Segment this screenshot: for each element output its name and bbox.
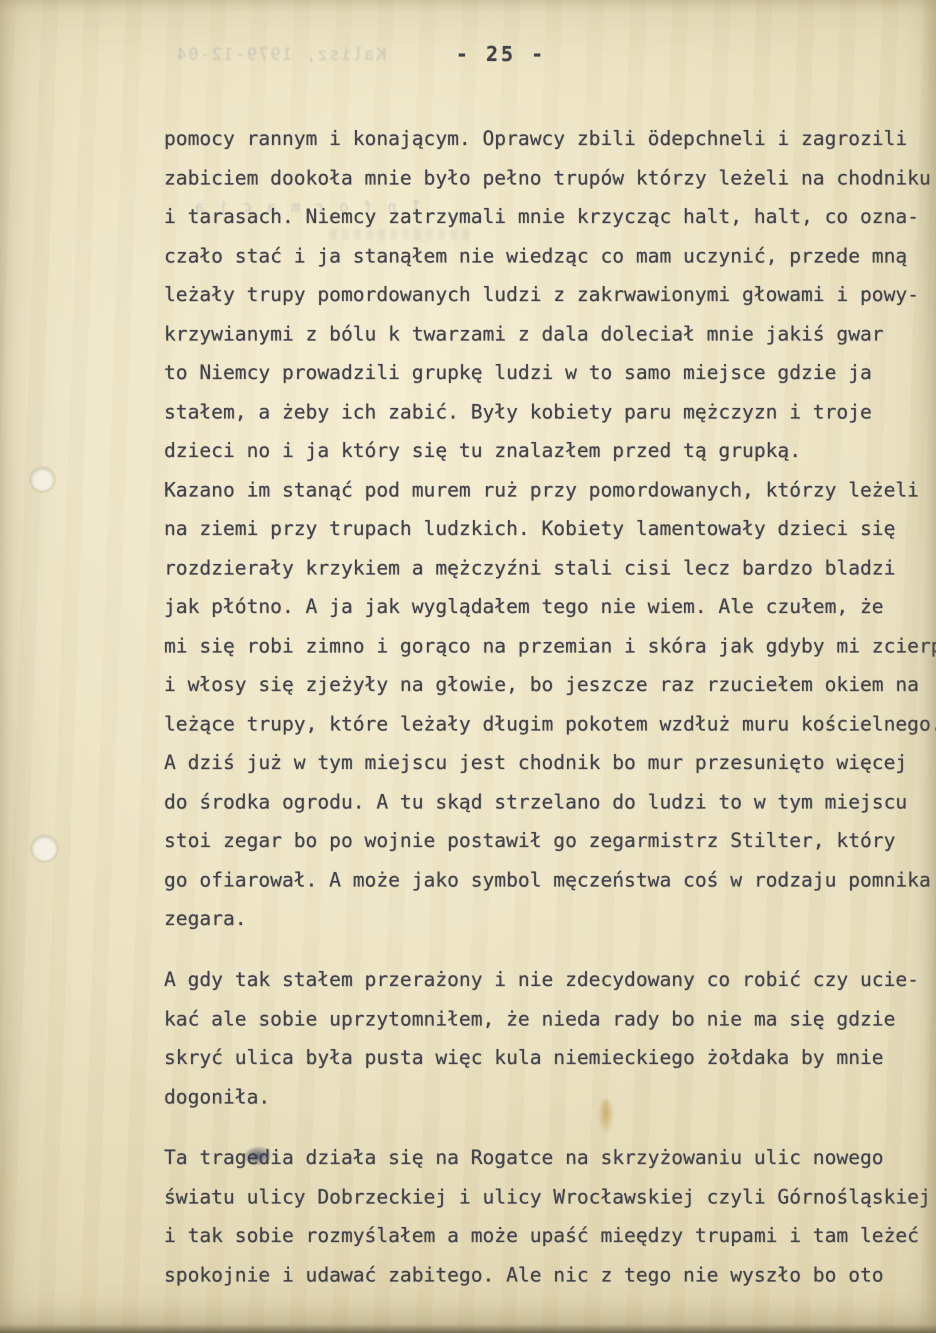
text-line: czało stać i ja stanąłem nie wiedząc co … xyxy=(164,237,936,276)
text-line: jak płótno. A ja jak wyglądałem tego nie… xyxy=(164,587,936,626)
text-line: krzywianymi z bólu k twarzami z dala dol… xyxy=(164,315,936,354)
hole-punch-bottom xyxy=(32,836,57,861)
text-line: A dziś już w tym miejscu jest chodnik bo… xyxy=(164,743,936,782)
text-line: rozdzierały krzykiem a mężczyźni stali c… xyxy=(164,549,936,588)
text-line: leżały trupy pomordowanych ludzi z zakrw… xyxy=(164,275,936,314)
text-line: i tak sobie rozmyślałem a może upaść mie… xyxy=(164,1216,936,1255)
text-line: stałem, a żeby ich zabić. Były kobiety p… xyxy=(164,393,936,432)
text-line: na ziemi przy trupach ludzkich. Kobiety … xyxy=(164,509,936,548)
text-line: leżące trupy, które leżały długim pokote… xyxy=(164,705,936,744)
text-line: mi się robi zimno i gorąco na przemian i… xyxy=(164,627,936,666)
text-line: i włosy się zjeżyły na głowie, bo jeszcz… xyxy=(164,665,936,704)
text-line: zabiciem dookoła mnie było pełno trupów … xyxy=(164,159,936,198)
text-line: do środka ogrodu. A tu skąd strzelano do… xyxy=(164,783,936,822)
text-line: to Niemcy prowadzili grupkę ludzi w to s… xyxy=(164,353,936,392)
text-line: i tarasach. Niemcy zatrzymali mnie krzyc… xyxy=(164,197,936,236)
text-line: Kazano im stanąć pod murem ruż przy pomo… xyxy=(164,471,936,510)
typewritten-paragraph: A gdy tak stałem przerażony i nie zdecyd… xyxy=(164,960,936,1116)
text-line: zegara. xyxy=(164,899,936,938)
typewritten-paragraph: pomocy rannym i konającym. Oprawcy zbili… xyxy=(164,119,936,938)
text-line: kać ale sobie uprzytomniłem, że nieda ra… xyxy=(164,1000,936,1039)
scanned-page: { "page": { "header": { "page_number": "… xyxy=(0,0,936,1333)
hole-punch-top xyxy=(31,468,54,491)
text-line: skryć ulica była pusta więc kula niemiec… xyxy=(164,1038,936,1077)
paper-stain xyxy=(598,1099,614,1135)
typewritten-paragraph: Ta tragedia działa się na Rogatce na skr… xyxy=(164,1138,936,1294)
page-bottom-edge xyxy=(0,1324,936,1333)
text-line: A gdy tak stałem przerażony i nie zdecyd… xyxy=(164,960,936,999)
text-line: stoi zegar bo po wojnie postawił go zega… xyxy=(164,821,936,860)
text-line: dogoniła. xyxy=(164,1078,936,1117)
text-line: dzieci no i ja który się tu znalazłem pr… xyxy=(164,431,936,470)
text-line: pomocy rannym i konającym. Oprawcy zbili… xyxy=(164,119,936,158)
text-line: światu ulicy Dobrzeckiej i ulicy Wrocław… xyxy=(164,1178,936,1217)
text-line: Ta tragedia działa się na Rogatce na skr… xyxy=(164,1138,936,1177)
text-body: pomocy rannym i konającym. Oprawcy zbili… xyxy=(164,119,936,1294)
text-line: go ofiarował. A może jako symbol męczeńs… xyxy=(164,861,936,900)
page-number: - 25 - xyxy=(0,42,936,66)
text-line: spokojnie i udawać zabitego. Ale nic z t… xyxy=(164,1256,936,1295)
